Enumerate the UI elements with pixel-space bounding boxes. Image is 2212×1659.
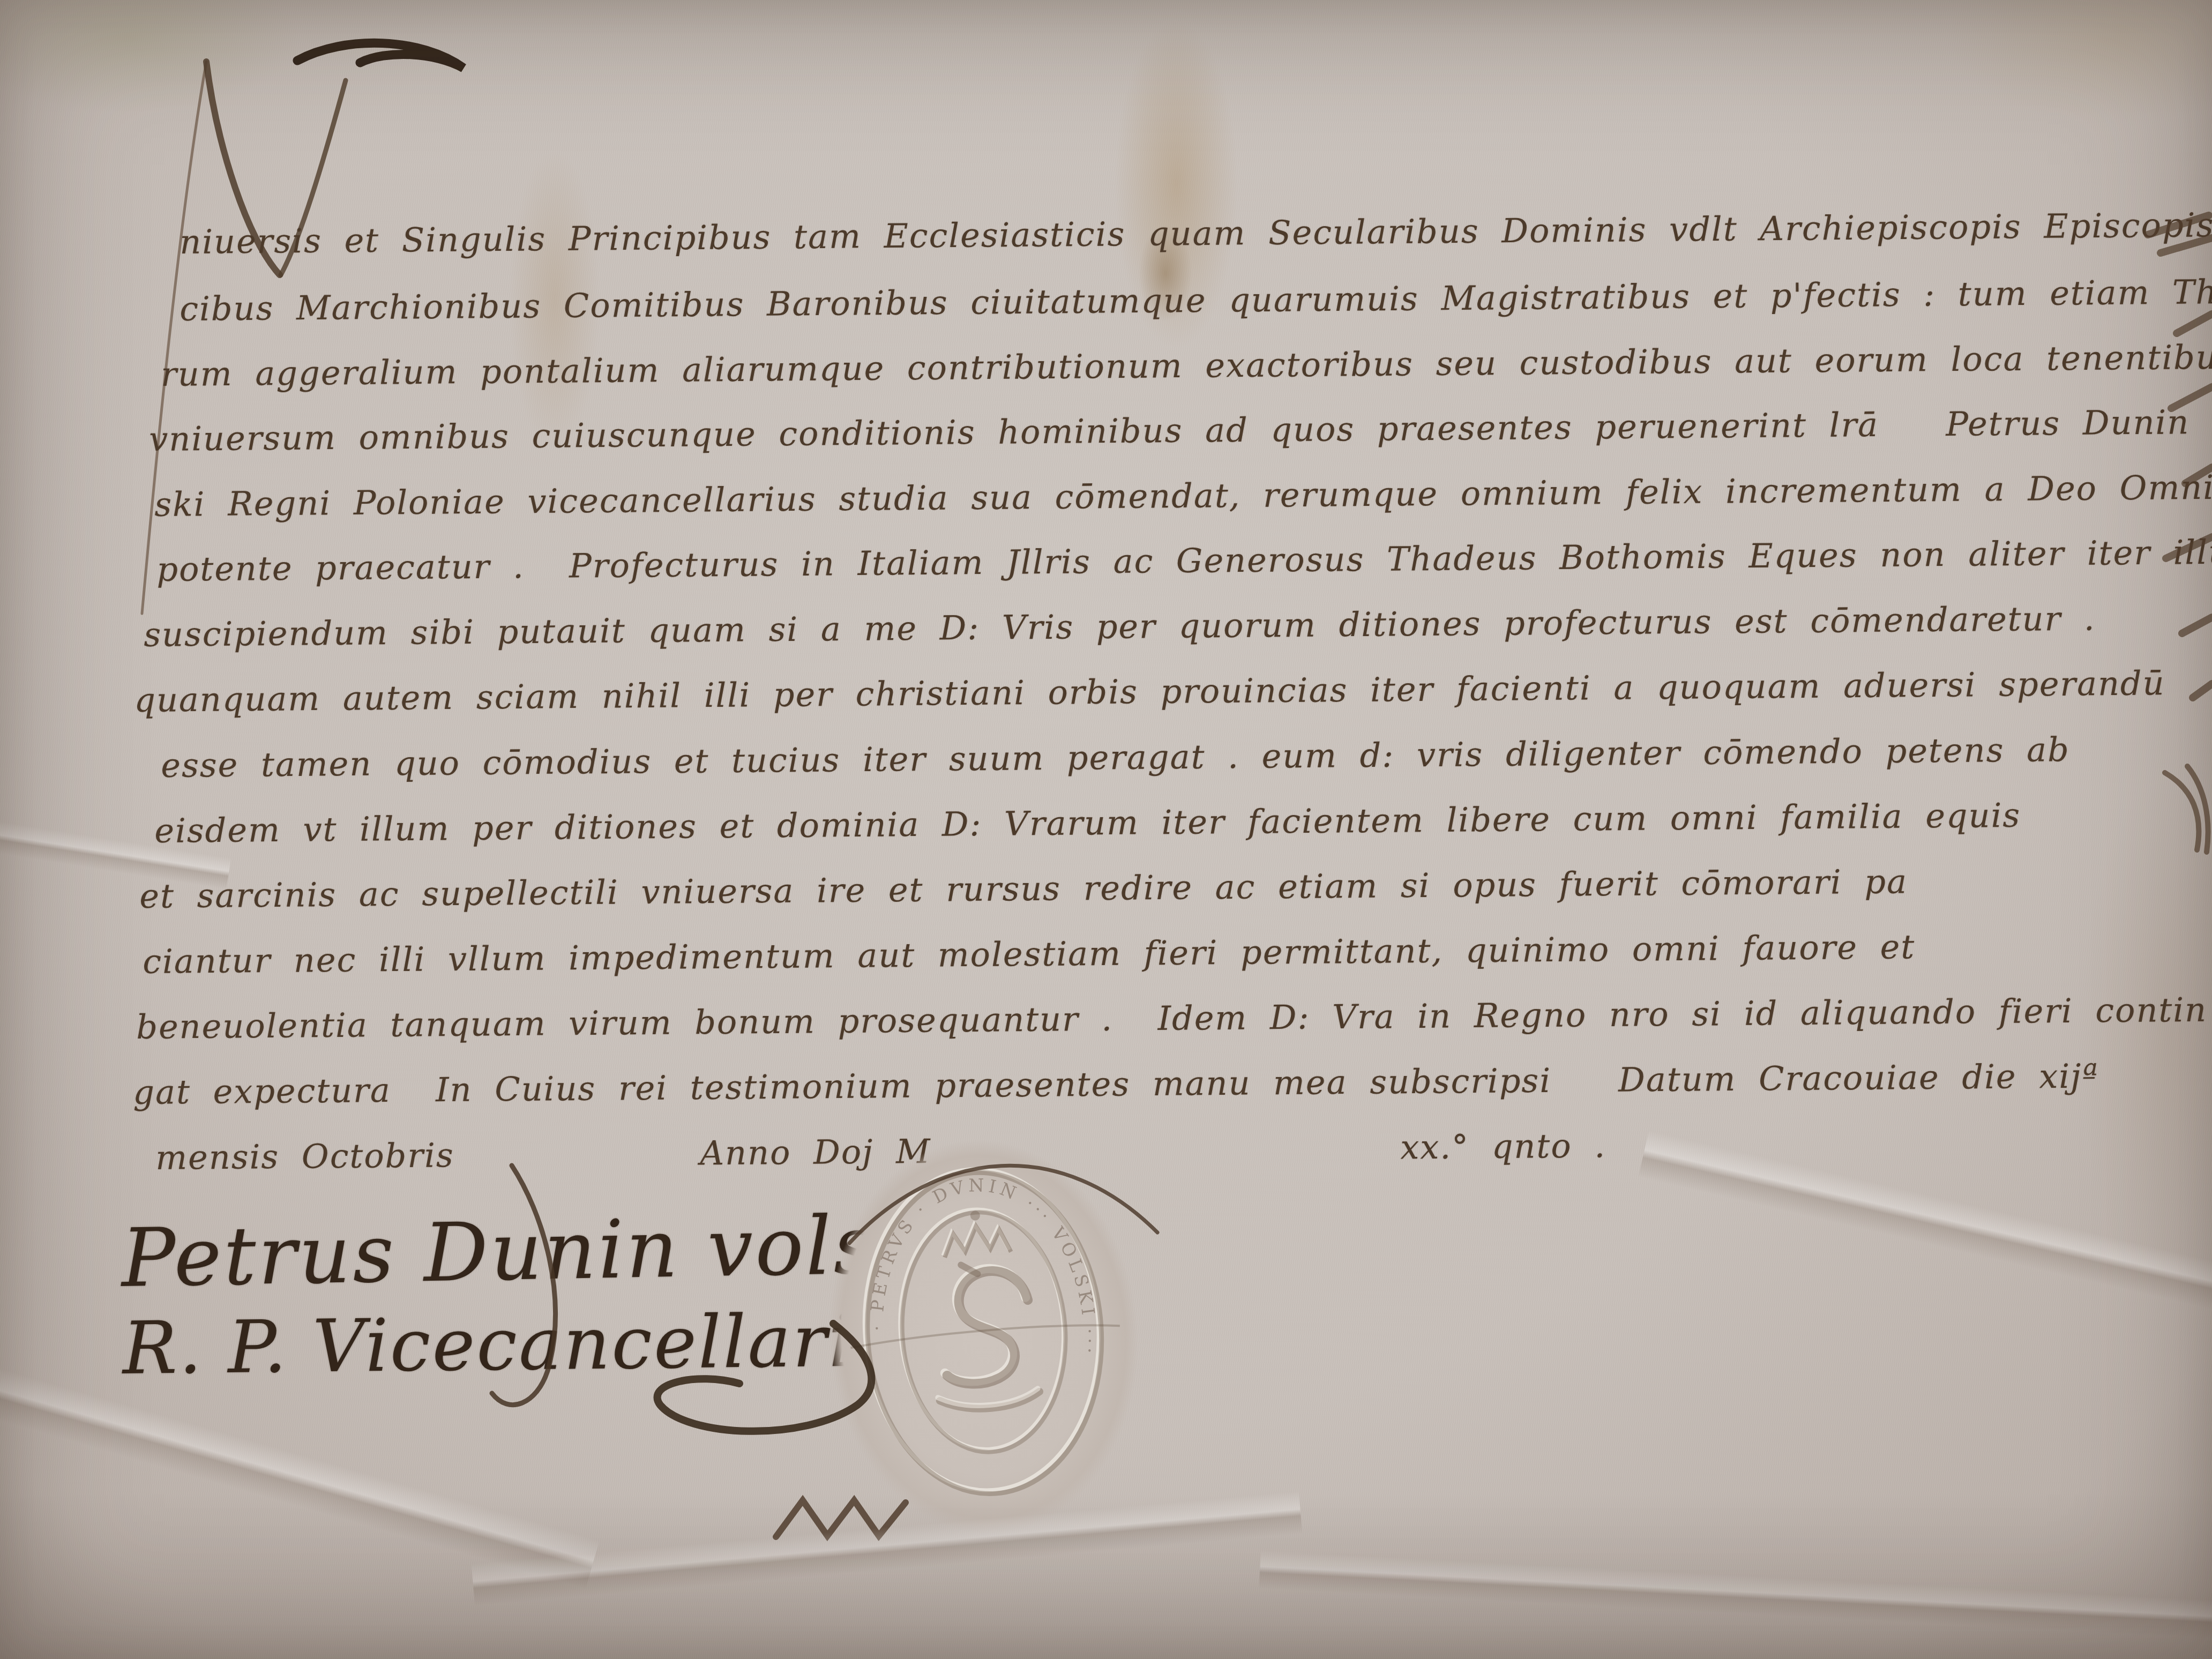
manuscript-line: ski Regni Poloniae vicecancellarius stud…: [154, 468, 2212, 524]
manuscript-line: ciantur nec illi vllum impedimentum aut …: [143, 927, 1916, 981]
manuscript-line: eisdem vt illum per ditiones et dominia …: [154, 796, 2021, 850]
manuscript-line: beneuolentia tanquam virum bonum prosequ…: [136, 990, 2207, 1047]
manuscript-line: vniuersum omnibus cuiuscunque conditioni…: [149, 402, 2212, 459]
manuscript-line: et sarcinis ac supellectili vniuersa ire…: [139, 862, 1908, 916]
manuscript-line: rum aggeralium pontalium aliarumque cont…: [161, 337, 2212, 394]
manuscript-line: esse tamen quo cōmodius et tucius iter s…: [161, 730, 2070, 785]
manuscript-line: suscipiendum sibi putauit quam si a me D…: [144, 599, 2096, 654]
signature-title: R. P. Vicecancellarius: [122, 1298, 940, 1391]
manuscript-line: potente praecatur . Profecturus in Itali…: [156, 532, 2212, 589]
manuscript-photo: V niuersis et Singulis Principibus tam E…: [0, 0, 2212, 1659]
manuscript-line: cibus Marchionibus Comitibus Baronibus c…: [180, 271, 2212, 328]
manuscript-line: quanquam autem sciam nihil illi per chri…: [134, 663, 2165, 720]
manuscript-line: niuersis et Singulis Principibus tam Ecc…: [180, 205, 2212, 261]
embossed-paper-seal: · PETRVS · DVNIN ··· VOLSKI ···: [811, 1115, 1155, 1548]
manuscript-line: gat expectura In Cuius rei testimonium p…: [133, 1056, 2099, 1112]
